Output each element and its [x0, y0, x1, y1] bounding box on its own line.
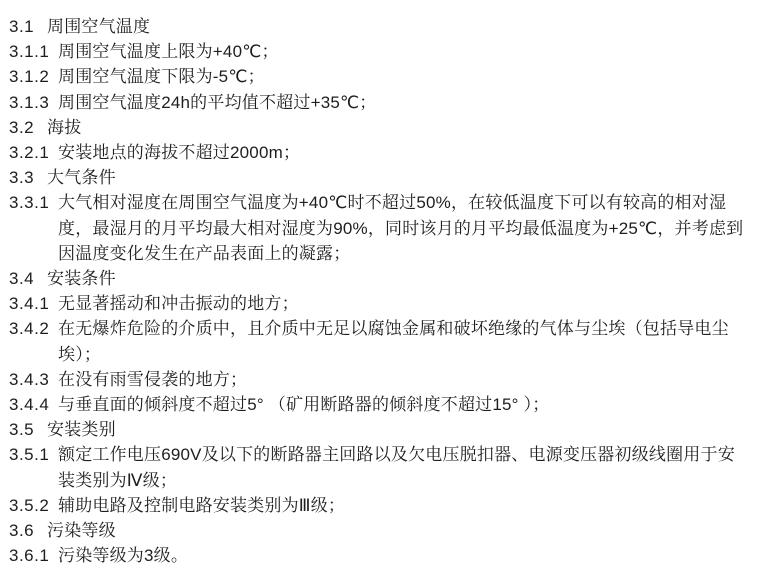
clause-3.4.4: 3.4.4与垂直面的倾斜度不超过5° （矿用断路器的倾斜度不超过15° ）；: [9, 392, 750, 417]
clause-text: 污染等级为3级。: [58, 546, 188, 565]
clause-text: 安装类别: [47, 420, 116, 439]
clause-number: 3.6: [9, 518, 47, 543]
clause-text: 安装条件: [47, 269, 116, 288]
clause-3.4.1: 3.4.1无显著摇动和冲击振动的地方；: [9, 291, 750, 316]
clause-3.4.3: 3.4.3在没有雨雪侵袭的地方；: [9, 367, 750, 392]
clause-text: 周围空气温度24h的平均值不超过+35℃；: [58, 93, 377, 112]
clause-number: 3.4.2: [9, 316, 58, 341]
clause-text: 辅助电路及控制电路安装类别为Ⅲ级；: [58, 496, 345, 515]
clause-number: 3.1: [9, 14, 47, 39]
clause-text: 安装地点的海拔不超过2000m；: [58, 143, 300, 162]
clause-number: 3.6.1: [9, 543, 58, 568]
clause-number: 3.3: [9, 165, 47, 190]
clause-text: 与垂直面的倾斜度不超过5° （矿用断路器的倾斜度不超过15° ）；: [58, 395, 550, 414]
clause-number: 3.5.1: [9, 442, 58, 467]
clause-3.5: 3.5安装类别: [9, 417, 750, 442]
clause-number: 3.3.1: [9, 190, 58, 215]
clause-text: 污染等级: [47, 521, 116, 540]
clause-3.2.1: 3.2.1安装地点的海拔不超过2000m；: [9, 140, 750, 165]
clause-3.5.1: 3.5.1额定工作电压690V及以下的断路器主回路以及欠电压脱扣器、电源变压器初…: [9, 442, 750, 492]
clause-number: 3.4: [9, 266, 47, 291]
clause-text: 在无爆炸危险的介质中，且介质中无足以腐蚀金属和破坏绝缘的气体与尘埃（包括导电尘埃…: [58, 319, 729, 363]
clause-3.5.2: 3.5.2辅助电路及控制电路安装类别为Ⅲ级；: [9, 493, 750, 518]
clause-text: 额定工作电压690V及以下的断路器主回路以及欠电压脱扣器、电源变压器初级线圈用于…: [58, 445, 735, 489]
clause-3.4: 3.4安装条件: [9, 266, 750, 291]
clause-number: 3.5: [9, 417, 47, 442]
clause-number: 3.2: [9, 115, 47, 140]
clause-number: 3.5.2: [9, 493, 58, 518]
clause-3.3: 3.3大气条件: [9, 165, 750, 190]
clause-text: 大气条件: [47, 168, 116, 187]
clause-text: 周围空气温度: [47, 17, 150, 36]
clause-text: 周围空气温度下限为-5℃；: [58, 67, 265, 86]
clause-3.1.3: 3.1.3周围空气温度24h的平均值不超过+35℃；: [9, 90, 750, 115]
clause-number: 3.4.4: [9, 392, 58, 417]
clause-number: 3.4.3: [9, 367, 58, 392]
clause-text: 在没有雨雪侵袭的地方；: [58, 370, 247, 389]
clause-3.1.2: 3.1.2周围空气温度下限为-5℃；: [9, 64, 750, 89]
clause-3.1: 3.1周围空气温度: [9, 14, 750, 39]
clause-text: 周围空气温度上限为+40℃；: [58, 42, 279, 61]
document-page: 3.1周围空气温度 3.1.1周围空气温度上限为+40℃； 3.1.2周围空气温…: [0, 0, 758, 587]
clause-number: 3.1.3: [9, 90, 58, 115]
clause-3.1.1: 3.1.1周围空气温度上限为+40℃；: [9, 39, 750, 64]
clause-text: 海拔: [47, 118, 81, 137]
clause-text: 大气相对湿度在周围空气温度为+40℃时不超过50%，在较低温度下可以有较高的相对…: [58, 193, 743, 262]
clause-3.3.1: 3.3.1大气相对湿度在周围空气温度为+40℃时不超过50%，在较低温度下可以有…: [9, 190, 750, 266]
clause-number: 3.1.2: [9, 64, 58, 89]
clause-number: 3.1.1: [9, 39, 58, 64]
clause-3.4.2: 3.4.2在无爆炸危险的介质中，且介质中无足以腐蚀金属和破坏绝缘的气体与尘埃（包…: [9, 316, 750, 366]
clause-text: 无显著摇动和冲击振动的地方；: [58, 294, 299, 313]
clause-3.2: 3.2海拔: [9, 115, 750, 140]
clause-3.6.1: 3.6.1污染等级为3级。: [9, 543, 750, 568]
clause-3.6: 3.6污染等级: [9, 518, 750, 543]
clause-number: 3.2.1: [9, 140, 58, 165]
clause-number: 3.4.1: [9, 291, 58, 316]
